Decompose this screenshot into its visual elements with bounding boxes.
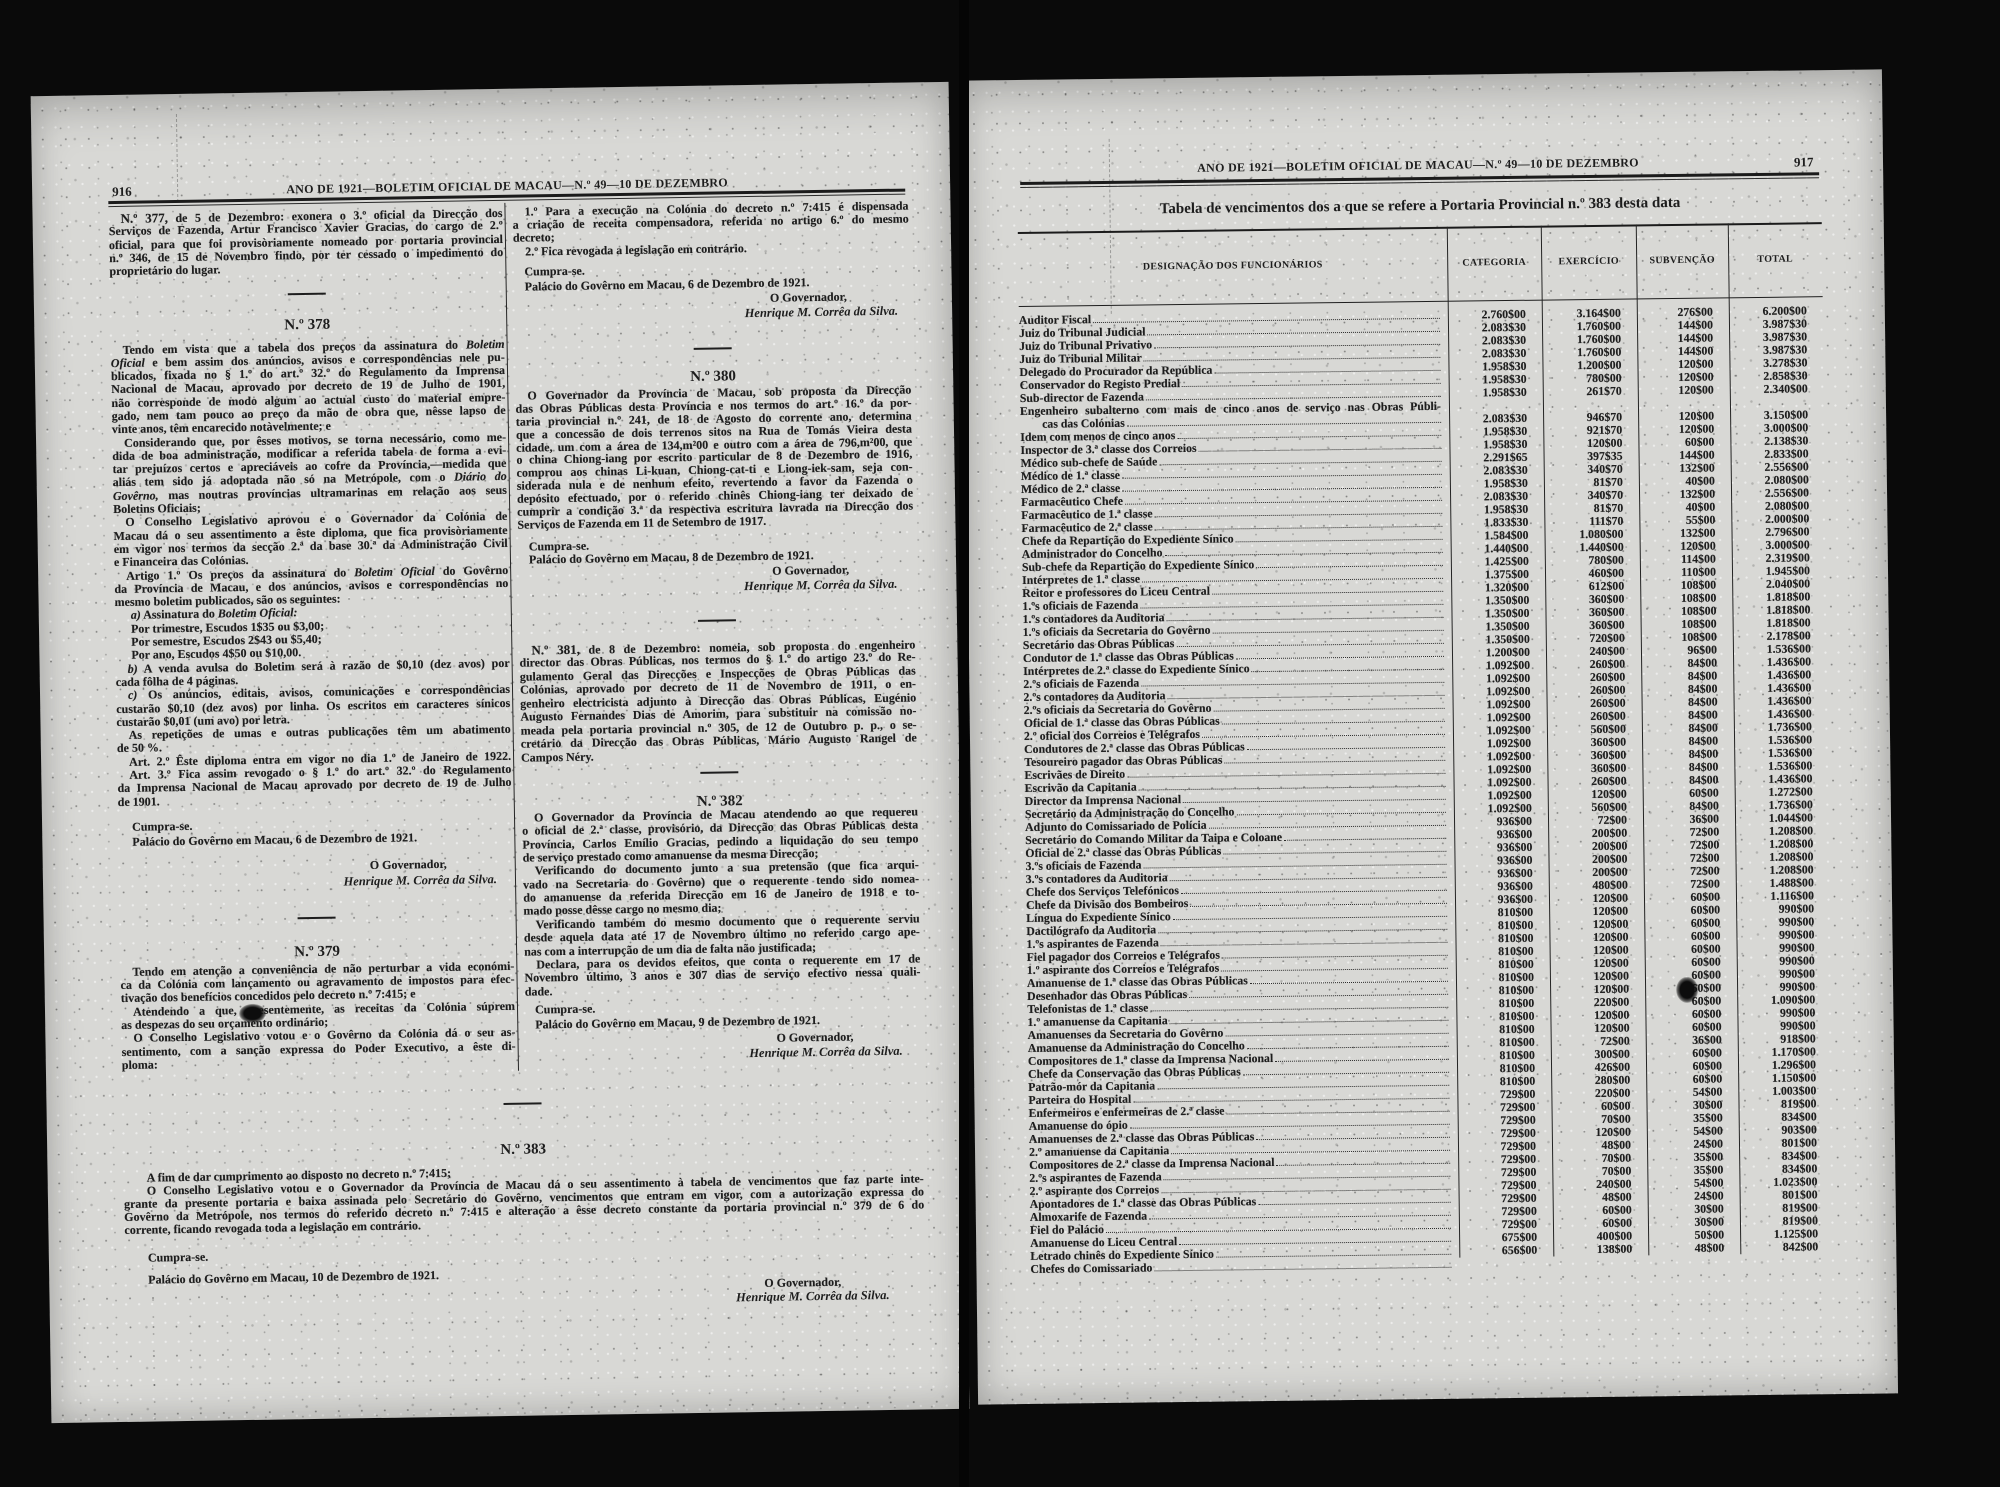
categoria-cell: 656$00 [1459,1243,1553,1257]
subvencao-cell: 36$00 [1643,812,1735,826]
total-cell: 3.150$00 [1730,408,1824,422]
subvencao-cell: 84$00 [1642,734,1734,748]
subvencao-cell: 144$00 [1637,318,1729,332]
dotted-leader [1189,984,1448,998]
paragraph: N.º 381, de 8 de Dezembro: nomeia, sob p… [519,637,917,765]
categoria-cell: 810$00 [1456,1022,1550,1036]
categoria-cell: 810$00 [1456,983,1550,997]
subvencao-cell: 30$00 [1648,1215,1740,1229]
exercicio-cell: 1.080$00 [1544,527,1639,541]
dotted-leader [1167,685,1444,699]
dotted-leader [1214,360,1440,373]
dotted-leader [1209,815,1447,828]
subvencao-cell: 60$00 [1644,916,1736,930]
total-cell: 1.125$00 [1740,1227,1834,1241]
dotted-leader [1256,1127,1450,1140]
dotted-leader [1147,321,1440,335]
total-cell: 801$00 [1739,1136,1833,1150]
dotted-leader [1247,1036,1449,1049]
dotted-leader [1250,971,1448,984]
categoria-cell: 729$00 [1457,1087,1551,1101]
exercicio-cell: 612$00 [1545,579,1640,593]
subvencao-cell: 110$00 [1640,565,1732,579]
subvencao-cell: 60$00 [1646,1059,1738,1073]
exercicio-cell: 360$00 [1547,748,1642,762]
exercicio-cell: 300$00 [1551,1047,1646,1061]
categoria-cell: 1.092$00 [1453,736,1547,750]
ink-blot [1676,977,1698,1003]
signatory-name: Henrique M. Corrêa da Silva. [126,1288,890,1313]
categoria-cell: 1.425$00 [1451,554,1545,568]
paragraph: Art. 3.º Fica assim revogado o § 1.º do … [117,762,512,808]
section-rule [694,346,732,349]
total-cell: 990$00 [1736,915,1830,929]
categoria-cell: 936$00 [1454,814,1548,828]
total-cell: 1.272$00 [1735,785,1829,799]
subvencao-cell: 55$00 [1639,513,1731,527]
dotted-leader [1161,932,1448,946]
dotted-leader [1179,1231,1451,1245]
subvencao-cell: 35$00 [1647,1111,1739,1125]
subvencao-cell: 72$00 [1643,825,1735,839]
signatory-name: Henrique M. Corrêa da Silva. [514,304,898,323]
exercicio-cell: 360$00 [1546,618,1641,632]
exercicio-cell: 397$35 [1544,449,1639,463]
section-rule [504,1102,542,1105]
exercicio-cell: 1.760$00 [1542,332,1637,346]
categoria-cell: 2.760$00 [1448,307,1542,321]
exercicio-cell: 200$00 [1548,826,1643,840]
categoria-cell: 810$00 [1455,918,1549,932]
column-header-categoria: CATEGORIA [1447,255,1541,270]
italic-text: Boletim Oficial: [218,605,298,620]
dotted-leader [1190,893,1447,907]
subvencao-cell [1648,1254,1740,1268]
categoria-cell: 1.440$00 [1451,541,1545,555]
categoria-cell: 2.083$30 [1449,411,1543,425]
text-segment: Assinatura do [141,606,218,621]
subvencao-cell: 108$00 [1641,617,1733,631]
dotted-leader [1235,529,1442,542]
total-cell: 1.116$00 [1736,889,1830,903]
total-cell: 842$00 [1740,1240,1834,1254]
italic-text: Oficial [111,355,145,370]
exercicio-cell: 220$00 [1550,995,1645,1009]
categoria-cell: 810$00 [1457,1074,1551,1088]
total-cell: 1.818$00 [1732,603,1826,617]
dotted-leader [1161,1179,1451,1193]
portaria-383-title: N.º 383 [123,1135,923,1165]
exercicio-cell: 120$00 [1549,917,1644,931]
signatory-title: O Governador, [370,857,447,871]
categoria-cell: 1.350$00 [1451,606,1545,620]
subvencao-cell: 30$00 [1646,1098,1738,1112]
exercicio-cell: 260$00 [1546,657,1641,671]
categoria-cell: 729$00 [1458,1126,1552,1140]
portaria-380-body: O Governador da Província de Macau, sob … [515,383,913,532]
exercicio-cell: 111$70 [1544,514,1639,528]
page-number: 916 [112,184,132,198]
total-cell: 1.090$00 [1737,993,1831,1007]
exercicio-cell: 120$00 [1550,1008,1645,1022]
exercicio-cell: 120$00 [1549,930,1644,944]
exercicio-cell: 260$00 [1547,709,1642,723]
dotted-leader [1225,1023,1448,1036]
subvencao-cell: 40$00 [1639,474,1731,488]
total-cell: 2.080$00 [1731,473,1825,487]
dotted-leader [1181,880,1447,894]
exercicio-cell: 138$00 [1553,1242,1648,1256]
categoria-cell: 1.092$00 [1453,749,1547,763]
total-cell: 3.000$00 [1730,421,1824,435]
categoria-cell: 729$00 [1458,1178,1552,1192]
paragraph: Verificando também do mesmo documento qu… [524,912,921,958]
paragraph: O Conselho Legislativo votou e o Governa… [124,1172,925,1237]
right-page-917: ANO DE 1921—BOLETIM OFICIAL DE MACAU—N.º… [962,69,1898,1404]
exercicio-cell: 72$00 [1548,813,1643,827]
exercicio-cell: 360$00 [1545,605,1640,619]
table-title: Tabela de vencimentos dos a que se refer… [1020,192,1819,220]
exercicio-cell: 120$00 [1550,1021,1645,1035]
total-cell: 6.200$00 [1729,304,1823,318]
dotted-leader [1212,581,1443,594]
signatory-title: O Governador, [776,1030,853,1044]
subvencao-cell: 114$00 [1640,552,1732,566]
italic-text: b) [128,661,138,675]
categoria-cell: 675$00 [1459,1230,1553,1244]
categoria-cell: 1.092$00 [1454,788,1548,802]
paragraph: Considerando que, por êsses motivos, se … [112,430,507,516]
subvencao-cell: 276$00 [1637,305,1729,319]
subvencao-cell: 40$00 [1639,500,1731,514]
exercicio-cell: 120$00 [1550,969,1645,983]
dotted-leader [1093,308,1440,323]
total-cell: 801$00 [1740,1188,1834,1202]
cumpra-se: Cumpra-se. [535,1002,596,1016]
subvencao-cell: 72$00 [1643,851,1735,865]
cumpra-se: Cumpra-se. [132,819,193,833]
dotted-leader [1223,841,1446,854]
categoria-cell: 729$00 [1459,1191,1553,1205]
categoria-cell: 1.958$30 [1449,424,1543,438]
categoria-cell: 810$00 [1456,970,1550,984]
salary-table: DESIGNAÇÃO DOS FUNCIONÁRIOS CATEGORIA EX… [1018,222,1835,1277]
categoria-cell: 729$00 [1457,1100,1551,1114]
total-cell: 819$00 [1738,1097,1832,1111]
subvencao-cell: 120$00 [1638,409,1730,423]
total-cell: 918$00 [1738,1032,1832,1046]
total-cell: 1.736$00 [1734,720,1828,734]
total-cell: 1.436$00 [1734,707,1828,721]
total-cell: 1.208$00 [1735,850,1829,864]
total-cell [1740,1253,1834,1267]
dotted-leader [1284,828,1446,840]
place-date: Palácio do Govêrno em Macau, 10 de Dezem… [148,1269,439,1287]
exercicio-cell: 3.164$00 [1542,306,1637,320]
total-cell: 2.040$00 [1732,577,1826,591]
exercicio-cell: 1.760$00 [1542,319,1637,333]
categoria-cell: 810$00 [1456,1009,1550,1023]
categoria-cell: 1.200$00 [1452,645,1546,659]
italic-text: Boletim Oficial [354,563,435,578]
paragraph: Tendo em vista que a tabela dos preços d… [111,337,506,436]
exercicio-cell: 780$00 [1545,553,1640,567]
subvencao-cell: 108$00 [1641,630,1733,644]
categoria-cell: 1.958$30 [1449,437,1543,451]
total-cell: 990$00 [1737,980,1831,994]
total-cell: 1.170$00 [1738,1045,1832,1059]
dotted-leader [1177,425,1441,439]
subvencao-cell: 84$00 [1641,682,1733,696]
dotted-leader [1222,711,1445,724]
total-cell: 990$00 [1736,902,1830,916]
categoria-cell: 1.092$00 [1453,723,1547,737]
portaria-378-title: N.º 378 [110,313,504,336]
table-body: Auditor Fiscal2.760$003.164$00276$006.20… [1019,304,1835,1276]
categoria-cell: 1.092$00 [1452,684,1546,698]
paragraph: Verificando do documento junto a sua pre… [523,858,920,918]
subvencao-cell: 84$00 [1642,747,1734,761]
dotted-leader [1224,750,1445,763]
exercicio-cell: 260$00 [1547,774,1642,788]
total-cell: 1.150$00 [1738,1071,1832,1085]
exercicio-cell: 340$70 [1544,462,1639,476]
dotted-leader [1226,1101,1449,1114]
dotted-leader [1154,1257,1451,1271]
total-cell: 834$00 [1739,1162,1833,1176]
portaria-379-articles: 1.º Para a execução na Colónia do decret… [512,199,909,258]
subvencao-cell: 84$00 [1642,695,1734,709]
dotted-leader [1213,698,1444,711]
total-cell: 1.208$00 [1735,837,1829,851]
categoria-cell: 1.350$00 [1451,593,1545,607]
total-cell: 3.987$30 [1729,343,1823,357]
dotted-leader [1236,646,1444,659]
exercicio-cell: 1.200$00 [1542,358,1637,372]
categoria-cell: 810$00 [1456,944,1550,958]
total-cell: 2.556$00 [1731,460,1825,474]
total-cell: 1.436$00 [1734,772,1828,786]
subvencao-cell: 120$00 [1638,370,1730,384]
signatory-name: Henrique M. Corrêa da Silva. [518,577,897,596]
paragraph: O Conselho Legislativo aprovou e o Gover… [113,510,508,569]
total-cell: 1.818$00 [1732,590,1826,604]
exercicio-cell: 460$00 [1545,566,1640,580]
subvencao-cell: 120$00 [1637,357,1729,371]
total-cell: 1.536$00 [1734,746,1828,760]
paragraph: N.º 377, de 5 de Dezembro: exonera o 3.º… [108,205,503,278]
categoria-cell: 729$00 [1458,1139,1552,1153]
subvencao-cell: 36$00 [1646,1033,1738,1047]
exercicio-cell: 360$00 [1547,735,1642,749]
subvencao-cell: 54$00 [1647,1176,1739,1190]
subvencao-cell: 144$00 [1638,448,1730,462]
signatory-name: Henrique M. Corrêa da Silva. [119,873,497,892]
subvencao-cell: 120$00 [1640,539,1732,553]
scan-artifact-line [176,113,179,201]
dotted-leader [1182,373,1441,387]
categoria-cell: 1.092$00 [1454,801,1548,815]
dotted-leader [1154,334,1440,348]
categoria-cell: 1.350$00 [1452,632,1546,646]
dotted-leader [1216,1244,1452,1257]
exercicio-cell: 120$00 [1550,956,1645,970]
dotted-leader [1164,542,1442,556]
exercicio-cell: 60$00 [1553,1216,1648,1230]
column-header-total: TOTAL [1728,252,1822,267]
exercicio-cell: 240$00 [1546,644,1641,658]
total-cell: 2.138$30 [1730,434,1824,448]
total-cell: 3.987$30 [1729,317,1823,331]
dotted-leader [1176,633,1444,647]
categoria-cell: 729$00 [1458,1165,1552,1179]
page-gutter [959,0,969,1487]
italic-text: Boletim [466,336,505,351]
subvencao-cell: 60$00 [1645,1020,1737,1034]
text-segment: do Govêrno [435,562,509,577]
total-cell: 2.556$00 [1731,486,1825,500]
signatory-name: Henrique M. Corrêa da Silva. [526,1044,903,1063]
categoria-cell: 1.958$30 [1449,385,1543,399]
italic-text: Govêrno, [113,488,159,503]
exercicio-cell: 1.760$00 [1542,345,1637,359]
categoria-cell: 936$00 [1455,892,1549,906]
exercicio-cell: 946$70 [1543,410,1638,424]
categoria-cell: 810$00 [1455,905,1549,919]
place-date: Palácio do Govêrno em Macau, 8 de Dezemb… [529,549,814,566]
section-rule [298,916,336,919]
dotted-leader [1221,958,1448,971]
categoria-cell: 729$00 [1458,1113,1552,1127]
categoria-cell: 936$00 [1455,879,1549,893]
signatory-title: O Governador, [764,1275,841,1289]
exercicio-cell: 240$00 [1552,1177,1647,1191]
categoria-cell: 2.291$65 [1450,450,1544,464]
total-cell: 990$00 [1737,1006,1831,1020]
paragraph: c) Os anúncios, editais, avisos, comunic… [116,683,511,729]
categoria-cell: 936$00 [1455,866,1549,880]
total-cell: 990$00 [1737,954,1831,968]
categoria-cell: 1.092$00 [1453,710,1547,724]
exercicio-cell: 340$70 [1544,488,1639,502]
total-cell: 3.000$00 [1732,538,1826,552]
dotted-leader [1183,789,1446,803]
subvencao-cell: 132$00 [1639,461,1731,475]
dotted-leader [1256,555,1443,568]
total-cell: 3.278$30 [1729,356,1823,370]
dotted-leader [1159,451,1441,465]
subvencao-cell: 48$00 [1648,1241,1740,1255]
section-rule [288,292,326,295]
total-cell: 2.319$00 [1732,551,1826,565]
categoria-cell: 810$00 [1457,1061,1551,1075]
portaria-379-body: Tendo em atenção a conveniência de não p… [120,959,516,1072]
place-date: Palácio do Govêrno em Macau, 9 de Dezemb… [535,1014,820,1031]
subvencao-cell: 108$00 [1640,578,1732,592]
table-top-rule [1018,222,1822,234]
exercicio-cell: 720$00 [1546,631,1641,645]
exercicio-cell: 120$00 [1543,436,1638,450]
subvencao-cell: 72$00 [1644,877,1736,891]
subvencao-cell: 84$00 [1643,799,1735,813]
total-cell: 1.208$00 [1736,863,1830,877]
categoria-cell: 810$00 [1456,996,1550,1010]
total-cell: 2.833$00 [1730,447,1824,461]
categoria-cell: 729$00 [1459,1204,1553,1218]
subvencao-cell: 60$00 [1645,1007,1737,1021]
categoria-cell: 2.083$30 [1448,346,1542,360]
total-cell: 1.436$00 [1733,655,1827,669]
categoria-cell: 810$00 [1456,957,1550,971]
total-cell: 1.488$00 [1736,876,1830,890]
subvencao-cell: 24$00 [1648,1189,1740,1203]
subvencao-cell: 50$00 [1648,1228,1740,1242]
exercicio-cell: 81$70 [1544,475,1639,489]
exercicio-cell: 200$00 [1548,852,1643,866]
column-header-designation: DESIGNAÇÃO DOS FUNCIONÁRIOS [1018,256,1447,275]
exercicio-cell [1553,1255,1648,1269]
italic-text: Diário do [454,469,507,484]
dotted-leader [1258,1192,1451,1205]
total-cell: 2.178$00 [1733,629,1827,643]
dotted-leader [1154,503,1442,517]
exercicio-cell: 200$00 [1549,865,1644,879]
total-cell: 1.818$00 [1733,616,1827,630]
categoria-cell: 1.092$00 [1453,697,1547,711]
total-cell: 1.023$00 [1739,1175,1833,1189]
column-header-exercicio: EXERCÍCIO [1541,254,1636,269]
subvencao-cell: 144$00 [1637,344,1729,358]
dotted-leader [1166,607,1443,621]
dotted-leader [1155,516,1443,530]
subvencao-cell: 60$00 [1638,435,1730,449]
total-cell: 1.044$00 [1735,811,1829,825]
dotted-leader [1170,1010,1449,1024]
total-cell: 1.208$00 [1735,824,1829,838]
categoria-cell: 1.350$00 [1452,619,1546,633]
exercicio-cell: 70$00 [1552,1164,1647,1178]
dotted-leader [1236,802,1446,815]
subvencao-cell: 30$00 [1648,1202,1740,1216]
subvencao-cell: 24$00 [1647,1137,1739,1151]
total-cell: 990$00 [1737,941,1831,955]
exercicio-cell: 400$00 [1553,1229,1648,1243]
categoria-cell: 810$00 [1455,931,1549,945]
categoria-cell: 1.320$00 [1451,580,1545,594]
subvencao-cell: 84$00 [1642,708,1734,722]
subvencao-cell: 144$00 [1637,331,1729,345]
total-cell: 990$00 [1736,928,1830,942]
exercicio-cell: 48$00 [1553,1190,1648,1204]
total-cell: 1.945$00 [1732,564,1826,578]
exercicio-cell: 426$00 [1551,1060,1646,1074]
dotted-leader [1170,867,1447,881]
exercicio-cell: 200$00 [1548,839,1643,853]
column-header-subvencao: SUBVENÇÃO [1636,253,1728,268]
categoria-cell: 729$00 [1458,1152,1552,1166]
dotted-leader [1243,1062,1449,1075]
total-cell: 1.296$00 [1738,1058,1832,1072]
subvencao-cell: 108$00 [1640,604,1732,618]
total-cell: 990$00 [1737,1019,1831,1033]
categoria-cell: 1.833$30 [1450,515,1544,529]
exercicio-cell: 560$00 [1547,722,1642,736]
subvencao-cell: 72$00 [1643,838,1735,852]
exercicio-cell: 921$70 [1543,423,1638,437]
exercicio-cell: 260$00 [1546,670,1641,684]
total-cell: 819$00 [1740,1214,1834,1228]
dotted-leader [1252,659,1445,672]
